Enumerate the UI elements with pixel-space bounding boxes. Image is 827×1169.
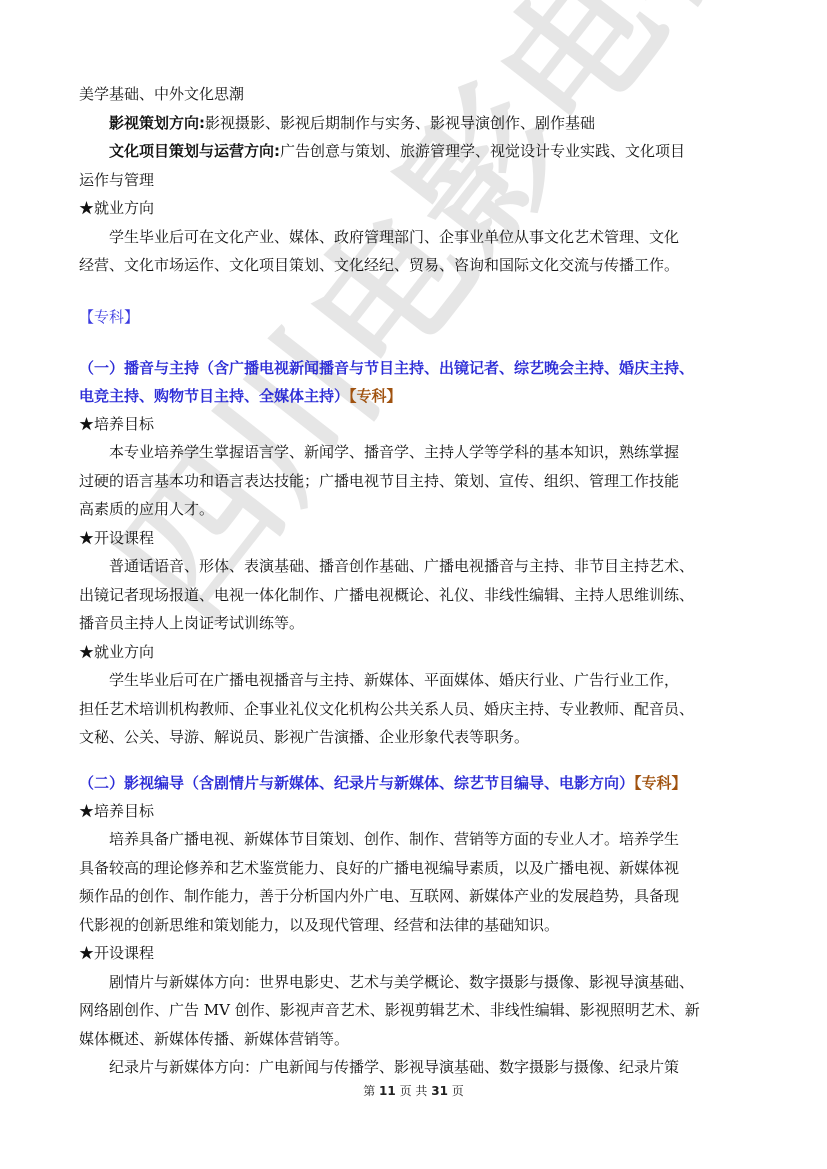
program-level-tag: 【专科】: [634, 774, 687, 792]
direction-culture-project: 文化项目策划与运营方向:广告创意与策划、旅游管理学、视觉设计专业实践、文化项目: [79, 137, 749, 166]
courses-heading: ★开设课程: [79, 939, 749, 968]
direction-label: 影视策划方向:: [109, 114, 205, 132]
courses-text: 媒体概述、新媒体传播、新媒体营销等。: [79, 1025, 749, 1054]
goal-text: 培养具备广播电视、新媒体节目策划、创作、制作、营销等方面的专业人才。培养学生: [79, 825, 749, 854]
employment-heading: ★就业方向: [79, 194, 749, 223]
current-page-number: 11: [379, 1084, 396, 1098]
program-1-title-cont: 电竞主持、购物节目主持、全媒体主持）【专科】: [79, 382, 749, 410]
goal-text: 代影视的创新思维和策划能力，以及现代管理、经营和法律的基础知识。: [79, 911, 749, 940]
courses-text: 出镜记者现场报道、电视一体化制作、广播电视概论、礼仪、非线性编辑、主持人思维训练…: [79, 581, 749, 610]
employment-text: 经营、文化市场运作、文化项目策划、文化经纪、贸易、咨询和国际文化交流与传播工作。: [79, 251, 749, 280]
goal-heading: ★培养目标: [79, 797, 749, 826]
courses-text: 播音员主持人上岗证考试训练等。: [79, 609, 749, 638]
goal-text: 高素质的应用人才。: [79, 495, 749, 524]
total-pages: 31: [431, 1084, 448, 1098]
employment-text: 学生毕业后可在文化产业、媒体、政府管理部门、企事业单位从事文化艺术管理、文化: [79, 223, 749, 252]
employment-text: 学生毕业后可在广播电视播音与主持、新媒体、平面媒体、婚庆行业、广告行业工作，: [79, 666, 749, 695]
program-1-title: （一）播音与主持（含广播电视新闻播音与节目主持、出镜记者、综艺晚会主持、婚庆主持…: [79, 354, 749, 382]
direction-text-continued: 运作与管理: [79, 166, 749, 195]
program-2-title: （二）影视编导（含剧情片与新媒体、纪录片与新媒体、综艺节目编导、电影方向）【专科…: [79, 769, 749, 797]
courses-text: 普通话语音、形体、表演基础、播音创作基础、广播电视播音与主持、非节目主持艺术、: [79, 552, 749, 581]
direction-film-planning: 影视策划方向:影视摄影、影视后期制作与实务、影视导演创作、剧作基础: [79, 109, 749, 138]
direction-label: 文化项目策划与运营方向:: [109, 142, 280, 160]
page-content: 美学基础、中外文化思潮 影视策划方向:影视摄影、影视后期制作与实务、影视导演创作…: [79, 80, 749, 1082]
goal-text: 过硬的语言基本功和语言表达技能；广播电视节目主持、策划、宣传、组织、管理工作技能: [79, 467, 749, 496]
direction-text: 影视摄影、影视后期制作与实务、影视导演创作、剧作基础: [205, 114, 595, 132]
courses-text: 网络剧创作、广告 MV 创作、影视声音艺术、影视剪辑艺术、非线性编辑、影视照明艺…: [79, 996, 749, 1025]
level-tag: 【专科】: [79, 303, 749, 331]
program-level-tag: 【专科】: [349, 387, 402, 405]
document-page: 四川电影电视学院 美学基础、中外文化思潮 影视策划方向:影视摄影、影视后期制作与…: [0, 0, 827, 1169]
courses-text: 剧情片与新媒体方向：世界电影史、艺术与美学概论、数字摄影与摄像、影视导演基础、: [79, 968, 749, 997]
goal-heading: ★培养目标: [79, 410, 749, 439]
page-footer: 第 11 页 共 31 页: [0, 1082, 827, 1099]
direction-text: 广告创意与策划、旅游管理学、视觉设计专业实践、文化项目: [280, 142, 685, 160]
courses-heading: ★开设课程: [79, 524, 749, 553]
goal-text: 本专业培养学生掌握语言学、新闻学、播音学、主持人学等学科的基本知识，熟练掌握: [79, 438, 749, 467]
continuation-text: 美学基础、中外文化思潮: [79, 80, 749, 109]
employment-heading: ★就业方向: [79, 638, 749, 667]
goal-text: 频作品的创作、制作能力，善于分析国内外广电、互联网、新媒体产业的发展趋势，具备现: [79, 882, 749, 911]
goal-text: 具备较高的理论修养和艺术鉴赏能力、良好的广播电视编导素质，以及广播电视、新媒体视: [79, 854, 749, 883]
employment-text: 担任艺术培训机构教师、企事业礼仪文化机构公共关系人员、婚庆主持、专业教师、配音员…: [79, 695, 749, 724]
employment-text: 文秘、公关、导游、解说员、影视广告演播、企业形象代表等职务。: [79, 723, 749, 752]
courses-text: 纪录片与新媒体方向：广电新闻与传播学、影视导演基础、数字摄影与摄像、纪录片策: [79, 1053, 749, 1082]
